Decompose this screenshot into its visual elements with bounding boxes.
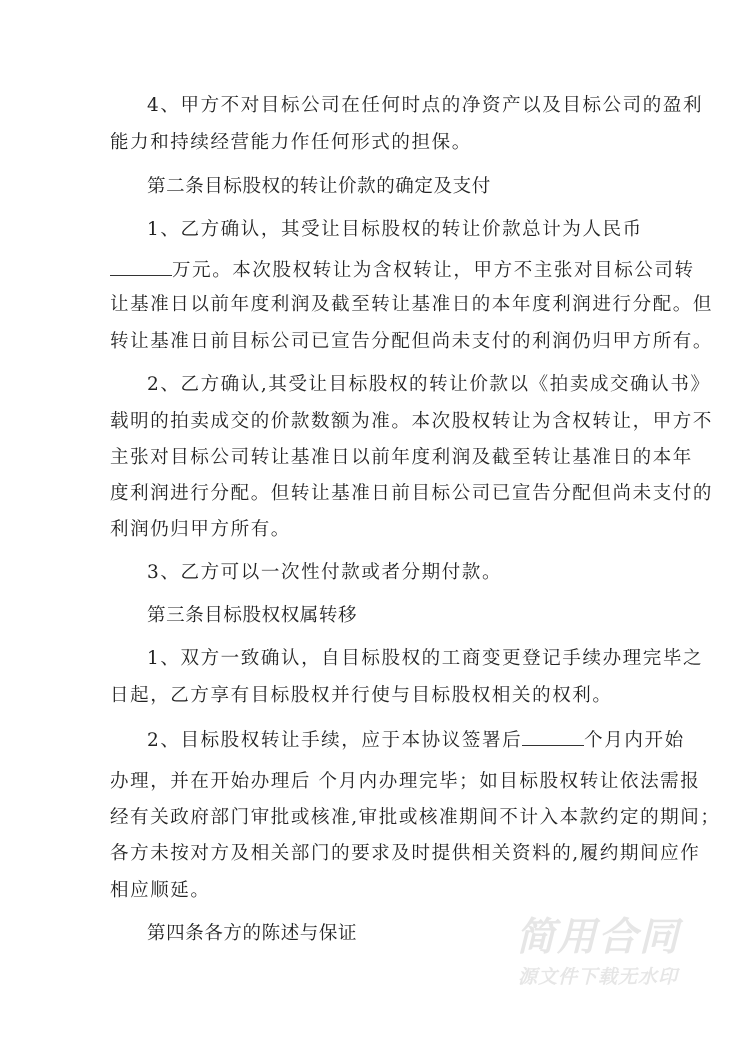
line-text: 万元。本次股权转让为含权转让，甲方不主张对目标公司转 (172, 260, 695, 281)
paragraph-line: 度利润进行分配。但转让基准日前目标公司已宣告分配但尚未支付的 (110, 482, 713, 506)
paragraph-line: 日起，乙方享有目标股权并行使与目标股权相关的权利。 (110, 684, 613, 708)
paragraph-line: 能力和持续经营能力作任何形式的担保。 (110, 131, 472, 155)
watermark: 简用合同 源文件下载无水印 (508, 916, 688, 990)
paragraph-line: 1、乙方确认，其受让目标股权的转让价款总计为人民币 (147, 218, 643, 242)
paragraph-line: 转让基准日前目标公司已宣告分配但尚未支付的利润仍归甲方所有。 (110, 330, 713, 354)
paragraph-line: 主张对目标公司转让基准日以前年度利润及截至转让基准日的本年 (110, 446, 693, 470)
paragraph-line: 万元。本次股权转让为含权转让，甲方不主张对目标公司转 (110, 257, 695, 281)
watermark-title: 简用合同 (508, 916, 688, 960)
section-heading: 第四条各方的陈述与保证 (147, 922, 357, 946)
paragraph-line: 4、甲方不对目标公司在任何时点的净资产以及目标公司的盈利 (147, 94, 703, 118)
section-heading: 第三条目标股权权属转移 (147, 604, 357, 628)
paragraph-line: 载明的拍卖成交的价款数额为准。本次股权转让为含权转让，甲方不 (110, 410, 713, 434)
paragraph-line: 经有关政府部门审批或核准,审批或核准期间不计入本款约定的期间； (110, 806, 720, 830)
line-text-tail: 个月内开始 (584, 730, 685, 751)
section-heading: 第二条目标股权的转让价款的确定及支付 (147, 175, 491, 199)
amount-blank (110, 257, 172, 276)
paragraph-line: 相应顺延。 (110, 879, 211, 903)
paragraph-line: 各方未按对方及相关部门的要求及时提供相关资料的,履约期间应作 (110, 842, 700, 866)
paragraph-line: 3、乙方可以一次性付款或者分期付款。 (147, 561, 502, 585)
paragraph-line: 2、目标股权转让手续，应于本协议签署后个月内开始 (147, 727, 685, 751)
paragraph-line: 2、乙方确认,其受让目标股权的转让价款以《拍卖成交确认书》 (147, 373, 711, 397)
line-text: 2、目标股权转让手续，应于本协议签署后 (147, 730, 522, 751)
paragraph-line: 利润仍归甲方所有。 (110, 518, 291, 542)
watermark-subtitle: 源文件下载无水印 (508, 964, 688, 990)
paragraph-line: 1、双方一致确认，自目标股权的工商变更登记手续办理完毕之 (147, 647, 703, 671)
months-blank (522, 727, 584, 746)
paragraph-line: 办理，并在开始办理后 个月内办理完毕；如目标股权转让依法需报 (110, 770, 700, 794)
paragraph-line: 让基准日以前年度利润及截至转让基准日的本年度利润进行分配。但 (110, 293, 713, 317)
